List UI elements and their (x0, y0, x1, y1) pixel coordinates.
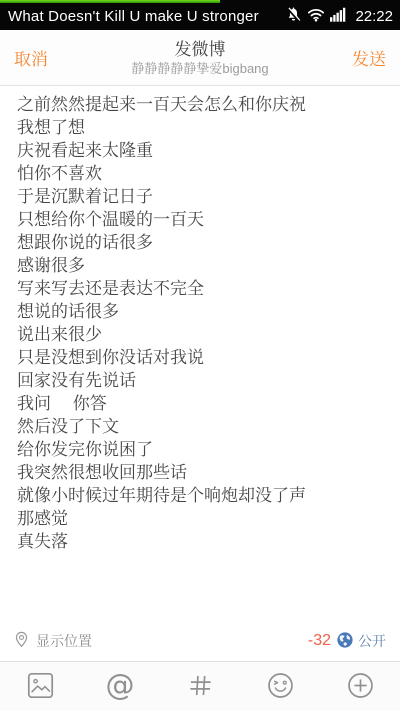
more-button[interactable] (320, 662, 400, 711)
signal-icon (330, 7, 348, 27)
mention-icon: @ (106, 671, 135, 700)
status-song-title: What Doesn't Kill U make U stronger (8, 8, 285, 25)
send-button[interactable]: 发送 (352, 45, 386, 70)
topic-icon (187, 672, 214, 702)
mention-button[interactable]: @ (80, 662, 160, 711)
location-pin-icon (14, 631, 29, 652)
compose-input[interactable]: 之前然然提起来一百天会怎么和你庆祝 我想了想 庆祝看起来太隆重 怕你不喜欢 于是… (0, 86, 400, 625)
account-name: 静静静静静挚爱bigbang (131, 60, 268, 77)
add-icon (347, 672, 374, 702)
nav-bar: 取消 发微博 静静静静静挚爱bigbang 发送 (0, 30, 400, 86)
music-progress-fill (0, 0, 220, 3)
show-location-label: 显示位置 (36, 631, 92, 651)
mute-bell-icon (285, 6, 302, 28)
compose-toolbar: @ (0, 661, 400, 711)
cancel-button[interactable]: 取消 (14, 45, 48, 70)
page-title: 发微博 (175, 39, 226, 60)
visibility-button[interactable]: 公开 (337, 631, 386, 651)
insert-image-button[interactable] (0, 662, 80, 711)
image-icon (27, 672, 54, 702)
status-time: 22:22 (355, 8, 393, 25)
topic-button[interactable] (160, 662, 240, 711)
visibility-label: 公开 (358, 631, 386, 651)
emoji-button[interactable] (240, 662, 320, 711)
status-bar: What Doesn't Kill U make U stronger (0, 0, 400, 30)
globe-icon (337, 632, 353, 651)
emoji-icon (267, 672, 294, 702)
char-count: -32 (308, 632, 331, 650)
wifi-icon (307, 7, 325, 27)
show-location-button[interactable]: 显示位置 (14, 631, 92, 652)
music-progress-bar (0, 0, 400, 3)
options-row: 显示位置 -32 公开 (0, 625, 400, 661)
